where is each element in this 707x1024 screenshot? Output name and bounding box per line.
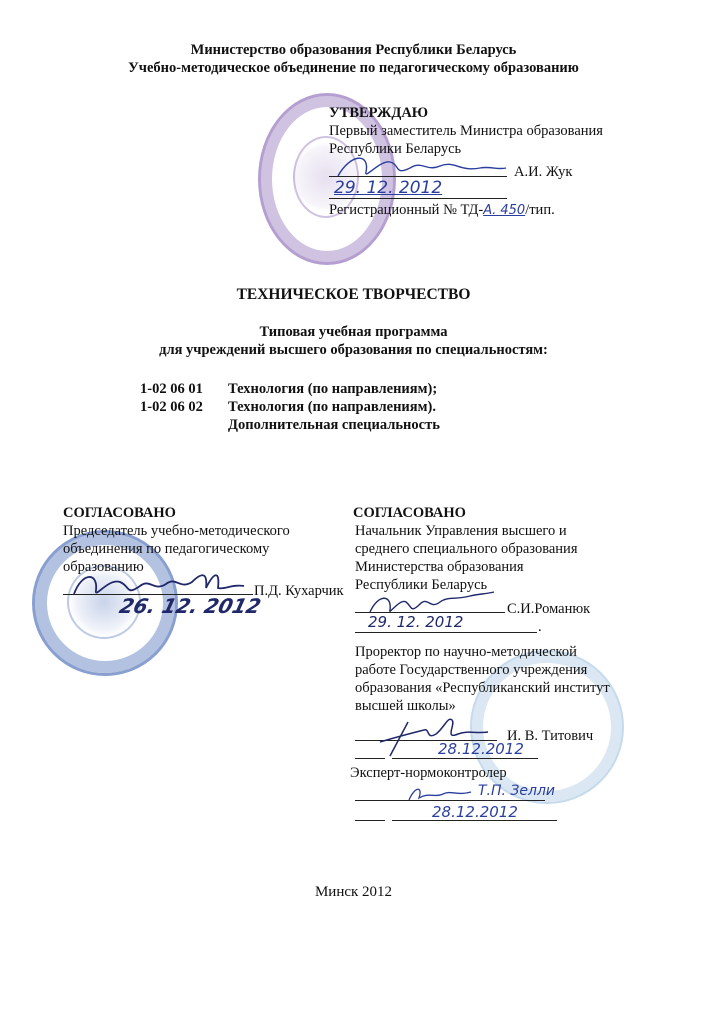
norm-control-date: 28.12.2012: [432, 803, 518, 821]
norm-control-signature-icon: [405, 784, 475, 804]
approval-signer: А.И. Жук: [514, 163, 572, 182]
document-subtitle-line1: Типовая учебная программа: [0, 324, 707, 341]
agreed-left-signer: П.Д. Кухарчик: [254, 582, 344, 601]
registration-prefix: Регистрационный № ТД-: [329, 202, 483, 218]
norm-control-date-line-short: [355, 820, 385, 821]
ministry-header: Министерство образования Республики Бела…: [0, 41, 707, 59]
registration-suffix: /тип.: [525, 202, 555, 218]
document-title: ТЕХНИЧЕСКОЕ ТВОРЧЕСТВО: [0, 286, 707, 304]
agreed-left-line1: Председатель учебно-методического: [63, 522, 290, 541]
agreed-right-line1: Начальник Управления высшего и: [355, 522, 567, 541]
council-header: Учебно-методическое объединение по педаг…: [0, 59, 707, 77]
vice-rector-date-line: [392, 758, 538, 759]
registration-number: А. 450: [483, 203, 525, 218]
specialty-extra: Дополнительная специальность: [228, 416, 440, 435]
vice-rector-date-line-short: [355, 758, 385, 759]
norm-control-label: Эксперт-нормоконтролер: [350, 764, 507, 783]
specialty-code: 1-02 06 02: [140, 398, 203, 417]
agreed-left-date: 26. 12. 2012: [117, 594, 263, 618]
vice-rector-line1: Проректор по научно-методической: [355, 643, 577, 662]
agreed-right-date-dot: .: [538, 618, 542, 637]
norm-control-signer: Т.П. Зелли: [478, 783, 555, 799]
agreed-left-title: СОГЛАСОВАНО: [63, 504, 176, 523]
document-subtitle-line2: для учреждений высшего образования по сп…: [0, 342, 707, 359]
agreed-right-title: СОГЛАСОВАНО: [353, 504, 466, 523]
vice-rector-line2: работе Государственного учреждения: [355, 661, 587, 680]
specialty-name: Технология (по направлениям).: [228, 398, 436, 417]
agreed-left-line2: объединения по педагогическому: [63, 540, 269, 559]
agreed-right-date-line: [355, 632, 537, 633]
specialty-name: Технология (по направлениям);: [228, 380, 437, 399]
agreed-right-date: 29. 12. 2012: [368, 613, 463, 631]
approval-date-line: [329, 198, 507, 199]
vice-rector-line3: образования «Республиканский институт: [355, 679, 610, 698]
approval-title: УТВЕРЖДАЮ: [329, 104, 428, 123]
vice-rector-date: 28.12.2012: [438, 740, 524, 758]
agreed-right-line3: Министерства образования: [355, 558, 524, 577]
agreed-right-signer: С.И.Романюк: [507, 600, 590, 619]
approval-date: 29. 12. 2012: [334, 178, 442, 198]
approval-position-line1: Первый заместитель Министра образования: [329, 122, 603, 141]
place-year: Минск 2012: [0, 884, 707, 901]
registration-line: Регистрационный № ТД-А. 450/тип.: [329, 201, 555, 220]
specialty-code: 1-02 06 01: [140, 380, 203, 399]
agreed-right-line2: среднего специального образования: [355, 540, 577, 559]
